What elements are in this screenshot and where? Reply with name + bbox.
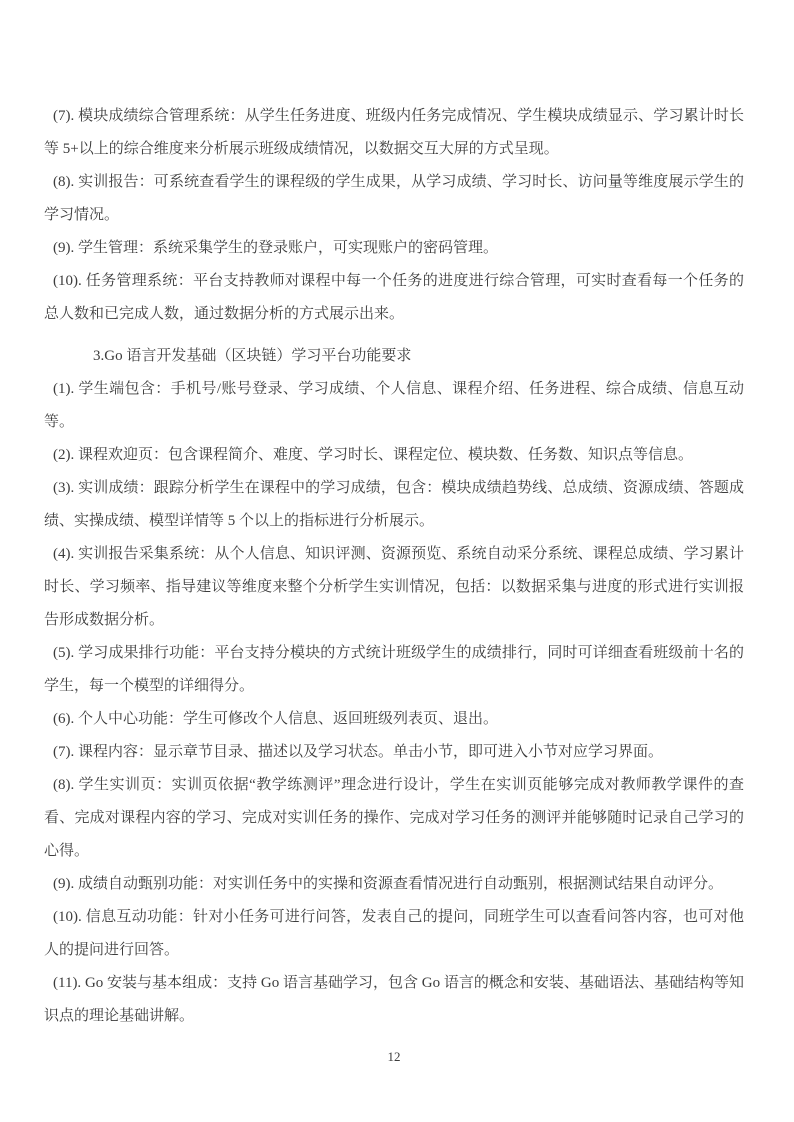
section-item-3: (3). 实训成绩：跟踪分析学生在课程中的学习成绩，包含：模块成绩趋势线、总成绩… bbox=[44, 472, 744, 538]
section-item-2: (2). 课程欢迎页：包含课程简介、难度、学习时长、课程定位、模块数、任务数、知… bbox=[44, 439, 744, 472]
section-item-8: (8). 学生实训页：实训页依据“教学练测评”理念进行设计，学生在实训页能够完成… bbox=[44, 769, 744, 868]
section-item-11: (11). Go 安装与基本组成：支持 Go 语言基础学习，包含 Go 语言的概… bbox=[44, 967, 744, 1033]
prev-section-item-9: (9). 学生管理：系统采集学生的登录账户，可实现账户的密码管理。 bbox=[44, 232, 744, 265]
section-item-5: (5). 学习成果排行功能：平台支持分模块的方式统计班级学生的成绩排行，同时可详… bbox=[44, 637, 744, 703]
prev-section-item-7: (7). 模块成绩综合管理系统：从学生任务进度、班级内任务完成情况、学生模块成绩… bbox=[44, 100, 744, 166]
page-number: 12 bbox=[388, 1049, 401, 1064]
section-item-6: (6). 个人中心功能：学生可修改个人信息、返回班级列表页、退出。 bbox=[44, 703, 744, 736]
page-footer: 12 bbox=[44, 1047, 744, 1067]
section-item-10: (10). 信息互动功能：针对小任务可进行问答，发表自己的提问，同班学生可以查看… bbox=[44, 901, 744, 967]
section-item-1: (1). 学生端包含：手机号/账号登录、学习成绩、个人信息、课程介绍、任务进程、… bbox=[44, 373, 744, 439]
section-item-7: (7). 课程内容：显示章节目录、描述以及学习状态。单击小节，即可进入小节对应学… bbox=[44, 736, 744, 769]
prev-section-item-10: (10). 任务管理系统：平台支持教师对课程中每一个任务的进度进行综合管理，可实… bbox=[44, 265, 744, 331]
section-item-4: (4). 实训报告采集系统：从个人信息、知识评测、资源预览、系统自动采分系统、课… bbox=[44, 538, 744, 637]
document-page: (7). 模块成绩综合管理系统：从学生任务进度、班级内任务完成情况、学生模块成绩… bbox=[0, 0, 794, 1122]
section-heading: 3.Go 语言开发基础（区块链）学习平台功能要求 bbox=[44, 340, 744, 373]
section-item-9: (9). 成绩自动甄别功能：对实训任务中的实操和资源查看情况进行自动甄别，根据测… bbox=[44, 868, 744, 901]
prev-section-item-8: (8). 实训报告：可系统查看学生的课程级的学生成果，从学习成绩、学习时长、访问… bbox=[44, 166, 744, 232]
